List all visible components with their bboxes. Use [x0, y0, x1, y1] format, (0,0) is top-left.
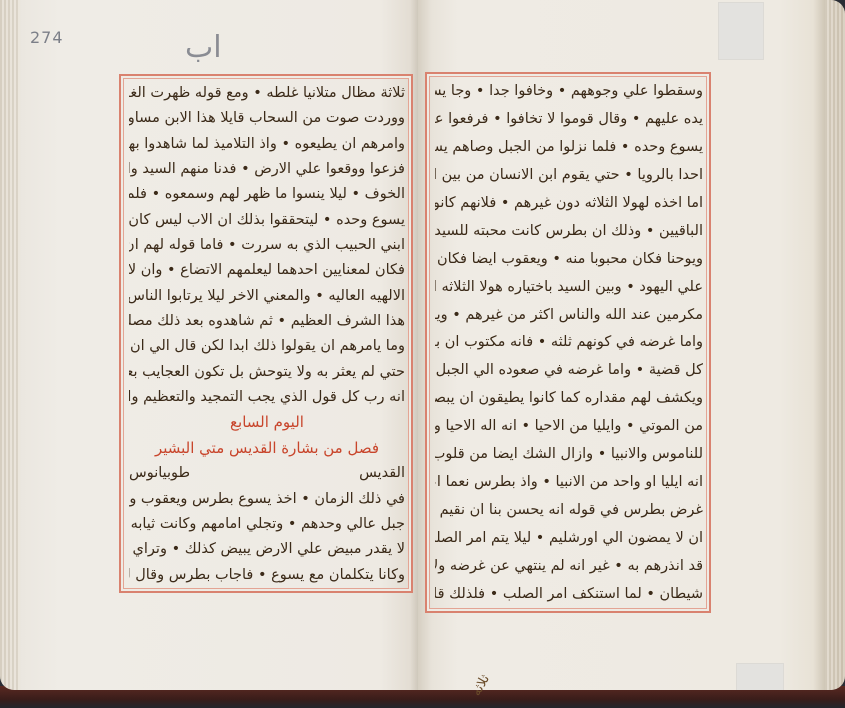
folio-number: 274	[30, 28, 64, 47]
page-edges-left	[0, 0, 20, 690]
manuscript-line: يسوع وحده • ليتحققوا بذلك ان الاب ليس كا…	[129, 207, 405, 232]
manuscript-line: ان لا يمضون الي اورشليم • ليلا يتم امر ا…	[435, 525, 703, 551]
manuscript-line: حتي لم يعثر به ولا يتوحش بل تكون العجايب…	[129, 359, 405, 384]
manuscript-line: اما اخذه لهولا الثلاثه دون غيرهم • فلانه…	[435, 190, 703, 216]
manuscript-line: الالهيه العاليه • والمعني الاخر ليلا يرت…	[129, 283, 405, 308]
manuscript-line: من الموتي • وايليا من الاحيا • انه اله ا…	[435, 413, 703, 439]
manuscript-line: ووردت صوت من السحاب قايلا هذا الابن مساو…	[129, 105, 405, 130]
manuscript-line: يسوع وحده • فلما نزلوا من الجبل وصاهم يس…	[435, 134, 703, 160]
rubric-heading-day: اليوم السابع	[129, 409, 405, 434]
manuscript-line: هذا الشرف العظيم • ثم شاهدوه بعد ذلك مصل…	[129, 308, 405, 333]
manuscript-line: وما يامرهم ان يقولوا ذلك ابدا لكن قال ال…	[129, 333, 405, 358]
manuscript-line: ويوحنا فكان محبوبا منه • ويعقوب ايضا فكا…	[435, 246, 703, 272]
manuscript-line: ابني الحبيب الذي به سررت • فاما قوله لهم…	[129, 232, 405, 257]
text-frame-right: وسقطوا علي وجوههم • وخافوا جدا • وجا يسو…	[425, 72, 711, 613]
rubric-heading-gospel: فصل من بشارة القديس متي البشير	[129, 435, 405, 460]
paper-tab-top	[718, 2, 764, 60]
manuscript-line: ويكشف لهم مقداره كما كانوا يطيقون ان يبص…	[435, 385, 703, 411]
manuscript-line: شيطان • لما استنكف امر الصلب • فلذلك قال…	[435, 581, 703, 607]
page-edges-right	[825, 0, 845, 690]
manuscript-line: للناموس والانبيا • وازال الشك ايضا من قل…	[435, 441, 703, 467]
manuscript-line: وكانا يتكلمان مع يسوع • فاجاب بطرس وقال …	[129, 562, 405, 587]
manuscript-line: الخوف • ليلا ينسوا ما ظهر لهم وسمعوه • ف…	[129, 181, 405, 206]
text-frame-left: ثلاثة مظال متلانيا غلطه • ومع قوله ظهرت …	[119, 74, 413, 593]
left-page: 274 اب ثلاثة مظال متلانيا غلطه • ومع قول…	[0, 0, 418, 690]
manuscript-line: واما غرضه في كونهم ثلثه • فانه مكتوب ان …	[435, 329, 703, 355]
text-block-left: ثلاثة مظال متلانيا غلطه • ومع قوله ظهرت …	[129, 80, 405, 587]
manuscript-line: مكرمين عند الله والناس اكثر من غيرهم • و…	[435, 302, 703, 328]
manuscript-line: يده عليهم • وقال قوموا لا تخافوا • فرفعو…	[435, 106, 703, 132]
manuscript-line: وسقطوا علي وجوههم • وخافوا جدا • وجا يسو…	[435, 78, 703, 104]
manuscript-line: لا يقدر مبيض علي الارض يبيض كذلك • وتراي…	[129, 536, 405, 561]
manuscript-line: فزعوا ووقعوا علي الارض • فدنا منهم السيد…	[129, 156, 405, 181]
manuscript-line: الباقيين • وذلك ان بطرس كانت محبته للسيد…	[435, 218, 703, 244]
pencil-quire-mark: اب	[185, 30, 222, 65]
manuscript-line: جبل عالي وحدهم • وتجلي امامهم وكانت ثياب…	[129, 511, 405, 536]
manuscript-line: وامرهم ان يطيعوه • واذ التلاميذ لما شاهد…	[129, 131, 405, 156]
paper-tab-bottom	[736, 663, 784, 690]
manuscript-line: غرض بطرس في قوله انه يحسن بنا ان نقيم هه…	[435, 497, 703, 523]
right-page: سر وسقطوا علي وجوههم • وخافوا جدا • وجا …	[418, 0, 845, 690]
text-block-right: وسقطوا علي وجوههم • وخافوا جدا • وجا يسو…	[435, 78, 703, 607]
manuscript-line: في ذلك الزمان • اخذ يسوع بطرس ويعقوب ويو…	[129, 486, 405, 511]
manuscript-line: ثلاثة مظال متلانيا غلطه • ومع قوله ظهرت …	[129, 80, 405, 105]
manuscript-line: احدا بالرويا • حتي يقوم ابن الانسان من ب…	[435, 162, 703, 188]
manuscript-line: انه ايليا او واحد من الانبيا • واذ بطرس …	[435, 469, 703, 495]
manuscript-line: علي اليهود • وبين السيد باختياره هولا ال…	[435, 274, 703, 300]
manuscript-line: قد انذرهم به • غير انه لم ينتهي عن غرضه …	[435, 553, 703, 579]
manuscript-line: كل قضية • واما غرضه في صعوده الي الجبل •…	[435, 357, 703, 383]
manuscript-line: انه رب كل قول الذي يجب التمجيد والتعظيم …	[129, 384, 405, 409]
manuscript-line: القديس طوبيانوس	[129, 460, 405, 485]
manuscript-line: فكان لمعنايين احدهما ليعلمهم الاتضاع • و…	[129, 257, 405, 282]
